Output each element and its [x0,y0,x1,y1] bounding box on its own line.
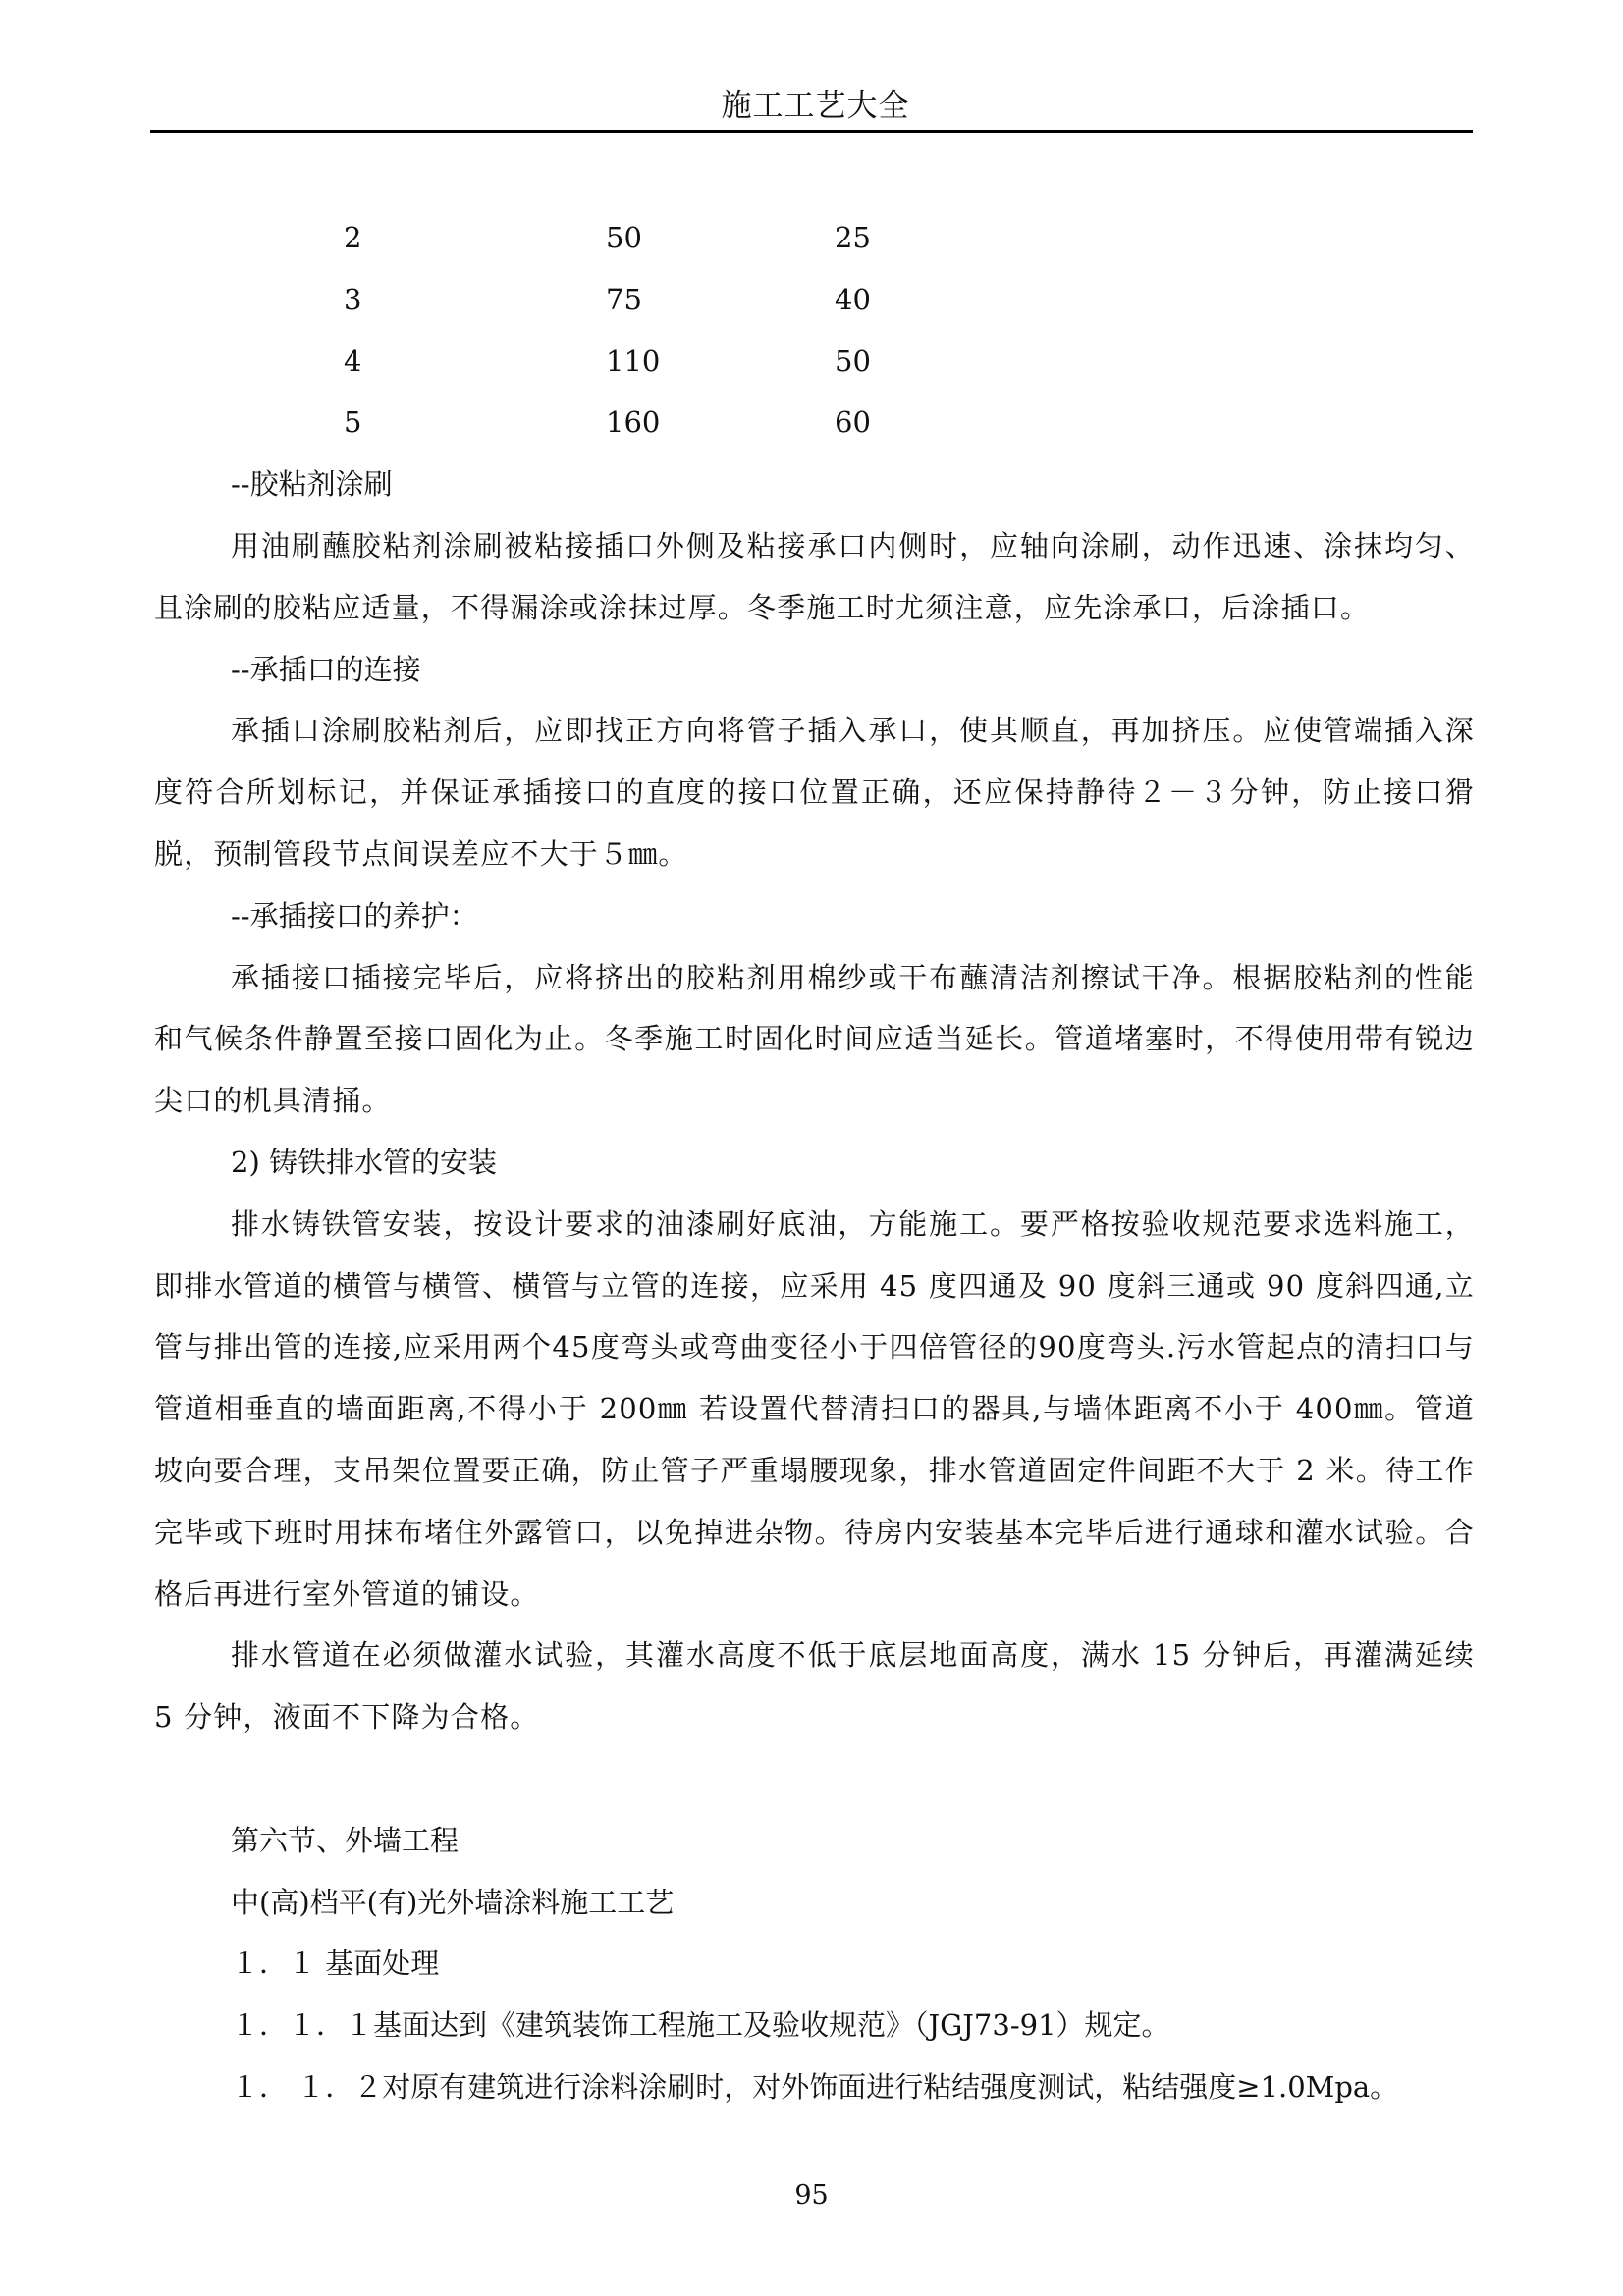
table-row: 4 110 50 [154,331,1475,393]
table-cell-diameter: 110 [606,331,660,393]
page-body: 2 50 25 3 75 40 4 110 50 5 160 60 --胶粘剂涂… [154,207,1475,2118]
subheading-socket-connection: --承插口的连接 [154,639,1475,701]
table-cell-diameter: 160 [606,392,660,454]
section-title-coating: 中(高)档平(有)光外墙涂料施工工艺 [154,1872,1475,1934]
table-cell-depth: 25 [835,207,871,269]
table-cell-depth: 50 [835,331,871,393]
table-cell-depth: 40 [835,269,871,331]
paragraph-adhesive-brushing: 用油刷蘸胶粘剂涂刷被粘接插口外侧及粘接承口内侧时，应轴向涂刷，动作迅速、涂抹均匀… [154,515,1475,639]
table-cell-diameter: 75 [606,269,642,331]
page-number: 95 [0,2179,1623,2213]
table-row: 5 160 60 [154,392,1475,454]
running-header-title: 施工工艺大全 [0,86,1623,126]
table-cell-index: 5 [344,392,361,454]
table-cell-depth: 60 [835,392,871,454]
item-1-1-2: １． １．２对原有建筑进行涂料涂刷时，对外饰面进行粘结强度测试，粘结强度≥1.0… [154,2056,1475,2118]
table-cell-index: 4 [344,331,361,393]
paragraph-water-test: 排水管道在必须做灌水试验，其灌水高度不低于底层地面高度，满水 15 分钟后，再灌… [154,1625,1475,1748]
subheading-adhesive-brushing: --胶粘剂涂刷 [154,454,1475,515]
table-cell-index: 3 [344,269,361,331]
table-row: 2 50 25 [154,207,1475,269]
subheading-cast-iron-pipe: 2) 铸铁排水管的安装 [154,1132,1475,1194]
paragraph-socket-connection: 承插口涂刷胶粘剂后，应即找正方向将管子插入承口，使其顺直，再加挤压。应使管端插入… [154,700,1475,884]
table-row: 3 75 40 [154,269,1475,331]
paragraph-cast-iron-pipe: 排水铸铁管安装，按设计要求的油漆刷好底油，方能施工。要严格按验收规范要求选料施工… [154,1194,1475,1626]
item-1-1-1: １．１．１基面达到《建筑装饰工程施工及验收规范》（JGJ73-91）规定。 [154,1995,1475,2056]
table-cell-diameter: 50 [606,207,642,269]
subheading-joint-curing: --承插接口的养护： [154,885,1475,947]
chapter-heading: 第六节、外墙工程 [154,1810,1475,1872]
item-1-1: １．１ 基面处理 [154,1933,1475,1995]
blank-line [154,1748,1475,1810]
table-cell-index: 2 [344,207,361,269]
paragraph-joint-curing: 承插接口插接完毕后，应将挤出的胶粘剂用棉纱或干布蘸清洁剂擦试干净。根据胶粘剂的性… [154,947,1475,1132]
header-rule-divider [150,130,1473,133]
